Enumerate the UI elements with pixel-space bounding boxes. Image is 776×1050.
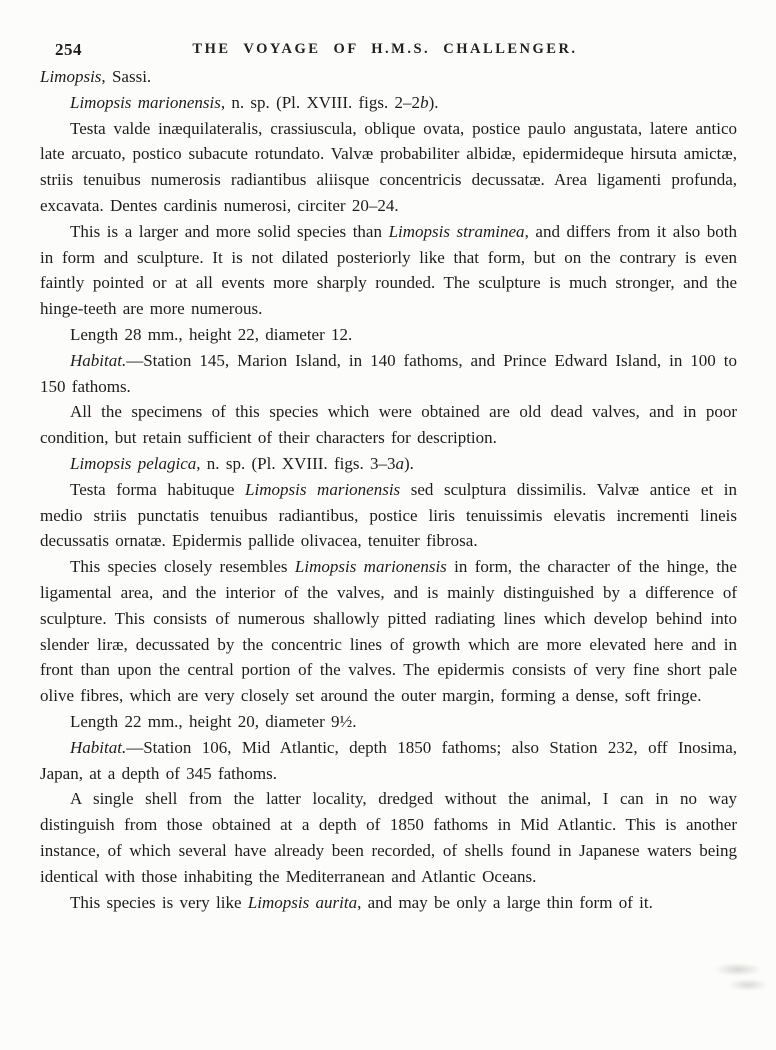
running-head: 254 THE VOYAGE OF H.M.S. CHALLENGER.: [0, 40, 776, 64]
species-heading-pelagica: Limopsis pelagica, n. sp. (Pl. XVIII. fi…: [40, 451, 737, 477]
running-title: THE VOYAGE OF H.M.S. CHALLENGER.: [40, 41, 730, 58]
paragraph-description-1: This is a larger and more solid species …: [40, 219, 737, 322]
species-heading-marionensis: Limopsis marionensis, n. sp. (Pl. XVIII.…: [40, 90, 737, 116]
paragraph-measurements-2: Length 22 mm., height 20, diameter 9½.: [40, 709, 737, 735]
scan-smudge: [714, 963, 762, 976]
genus-heading: Limopsis, Sassi.: [40, 64, 737, 90]
paragraph-remarks-2: A single shell from the latter locality,…: [40, 786, 737, 889]
paragraph-remarks-1: All the specimens of this species which …: [40, 399, 737, 451]
paragraph-measurements-1: Length 28 mm., height 22, diameter 12.: [40, 322, 737, 348]
page-body: Limopsis, Sassi. Limopsis marionensis, n…: [40, 64, 737, 915]
paragraph-description-2: This species closely resembles Limopsis …: [40, 554, 737, 709]
scan-smudge: [728, 979, 768, 991]
scanned-page: 254 THE VOYAGE OF H.M.S. CHALLENGER. Lim…: [0, 0, 776, 1050]
paragraph-habitat-2: Habitat.—Station 106, Mid Atlantic, dept…: [40, 735, 737, 787]
paragraph-remarks-3: This species is very like Limopsis aurit…: [40, 890, 737, 916]
paragraph-habitat-1: Habitat.—Station 145, Marion Island, in …: [40, 348, 737, 400]
paragraph-latin-diagnosis-2: Testa forma habituque Limopsis marionens…: [40, 477, 737, 554]
paragraph-latin-diagnosis-1: Testa valde inæquilateralis, crassiuscul…: [40, 116, 737, 219]
